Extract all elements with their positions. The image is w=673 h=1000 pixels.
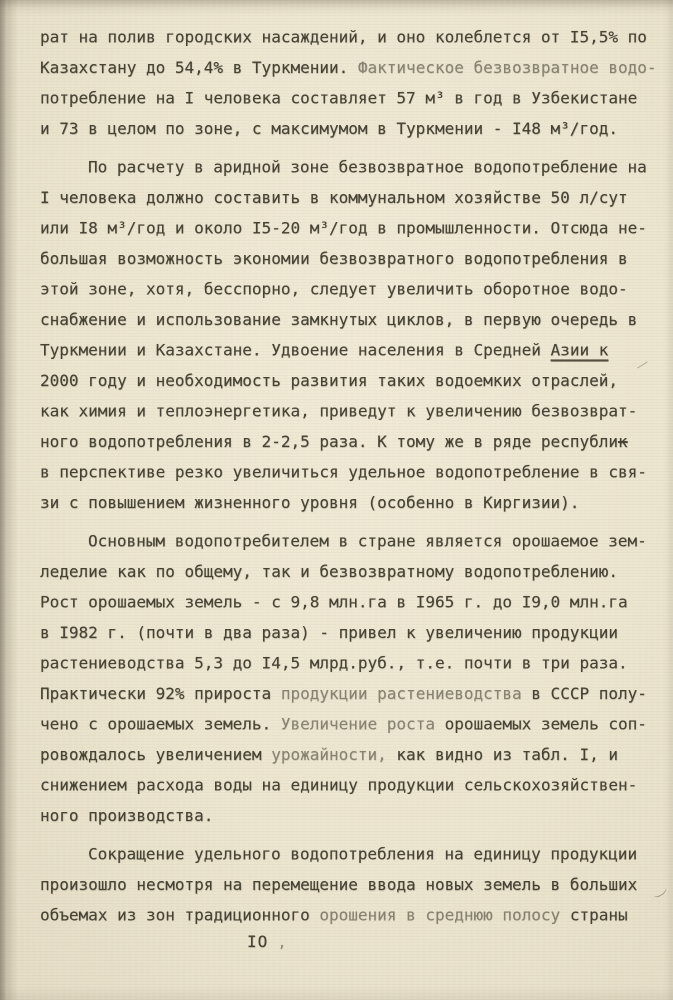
text-line: Казахстану до 54,4% в Туркмении. Фактиче… <box>40 53 644 84</box>
text-line: или I8 м³/год и около I5-20 м³/год в про… <box>40 213 644 244</box>
text-segment: Основным водопотребителем в стране являе… <box>88 531 647 550</box>
text-segment: чено с орошаемых земель. <box>40 714 281 733</box>
page-number-mark: , <box>268 935 287 951</box>
text-segment: леделие как по общему, так и безвозвратн… <box>40 562 618 581</box>
text-segment: 2000 году и необходимость развития таких… <box>40 371 618 390</box>
text-line: снижением расхода воды на единицу продук… <box>40 770 644 801</box>
text-segment: в перспективе резко увеличиться удельное… <box>40 462 647 481</box>
text-segment: зи с повышением жизненного уровня (особе… <box>40 493 579 512</box>
text-segment: Рост орошаемых земель - с 9,8 млн.га в I… <box>40 592 628 611</box>
text-segment: Азии к <box>551 340 609 359</box>
document-page: рат на полив городских насаждений, и оно… <box>0 0 673 1000</box>
document-body: рат на полив городских насаждений, и оно… <box>40 22 644 931</box>
text-line: Основным водопотребителем в стране являе… <box>40 526 644 557</box>
text-segment: снабжение и использование замкнутых цикл… <box>40 310 637 329</box>
text-segment: произошло несмотря на перемещение ввода … <box>40 875 637 894</box>
text-segment: растениеводства 5,3 до I4,5 млрд.руб., т… <box>40 653 628 672</box>
text-segment: Сокращение удельного водопотребления на … <box>88 844 637 863</box>
paragraph: рат на полив городских насаждений, и оно… <box>40 22 644 144</box>
text-line: объемах из зон традиционного орошения в … <box>40 900 644 931</box>
text-line: Практически 92% прироста продукции расте… <box>40 679 644 710</box>
text-segment: большая возможность экономии безвозвратн… <box>40 249 628 268</box>
text-line: в перспективе резко увеличиться удельное… <box>40 457 644 488</box>
text-line: растениеводства 5,3 до I4,5 млрд.руб., т… <box>40 648 644 679</box>
text-segment: I человека должно составить в коммунальн… <box>40 188 628 207</box>
text-segment: ровождалось увеличением <box>40 745 271 764</box>
text-line: в I982 г. (почти в два раза) - привел к … <box>40 618 644 649</box>
text-segment: урожайности, <box>271 745 387 764</box>
text-segment: этой зоне, хотя, бесспорно, следует увел… <box>40 279 628 298</box>
text-line: рат на полив городских насаждений, и оно… <box>40 22 644 53</box>
page-number: IO <box>247 932 268 951</box>
text-line: леделие как по общему, так и безвозвратн… <box>40 557 644 588</box>
text-line: 2000 году и необходимость развития таких… <box>40 366 644 397</box>
text-segment: Увеличение роста <box>281 714 435 733</box>
text-line: чено с орошаемых земель. Увеличение рост… <box>40 709 644 740</box>
text-line: Сокращение удельного водопотребления на … <box>40 839 644 870</box>
text-line: По расчету в аридной зоне безвозвратное … <box>40 152 644 183</box>
text-line: и 73 в целом по зоне, с максимумом в Тур… <box>40 114 644 145</box>
text-segment: как видно из табл. I, и <box>387 745 618 764</box>
text-segment: продукции растениеводства <box>281 684 522 703</box>
text-line: Туркмении и Казахстане. Удвоение населен… <box>40 335 644 366</box>
paragraph: Основным водопотребителем в стране являе… <box>40 526 644 831</box>
text-line: снабжение и использование замкнутых цикл… <box>40 305 644 336</box>
text-segment: объемах из зон традиционного <box>40 905 319 924</box>
text-segment: в I982 г. (почти в два раза) - привел к … <box>40 623 618 642</box>
text-line: ровождалось увеличением урожайности, как… <box>40 740 644 771</box>
paragraph: Сокращение удельного водопотребления на … <box>40 839 644 931</box>
text-segment: рат на полив городских насаждений, и оно… <box>40 27 647 46</box>
text-segment: ного производства. <box>40 806 213 825</box>
page-number-row: IO , <box>247 932 287 951</box>
text-line: как химия и теплоэнергетика, приведут к … <box>40 396 644 427</box>
text-line: этой зоне, хотя, бесспорно, следует увел… <box>40 274 644 305</box>
text-segment: снижением расхода воды на единицу продук… <box>40 775 637 794</box>
text-line: ного производства. <box>40 801 644 832</box>
text-segment: орошаемых земель соп- <box>435 714 647 733</box>
text-line: большая возможность экономии безвозвратн… <box>40 244 644 275</box>
text-segment: Казахстану до 54,4% в Туркмении. <box>40 58 358 77</box>
text-segment: Туркмении и Казахстане. Удвоение населен… <box>40 340 551 359</box>
text-segment: Фактическое безвозвратное водо- <box>358 58 657 77</box>
text-segment: в СССР полу- <box>522 684 647 703</box>
paragraph: По расчету в аридной зоне безвозвратное … <box>40 152 644 518</box>
text-segment: Практически 92% прироста <box>40 684 281 703</box>
text-segment: страны <box>560 905 627 924</box>
text-segment: как химия и теплоэнергетика, приведут к … <box>40 401 637 420</box>
pen-mark <box>651 883 669 899</box>
text-segment: ного водопотребления в 2-2,5 раза. К том… <box>40 432 618 451</box>
text-line: I человека должно составить в коммунальн… <box>40 183 644 214</box>
text-line: произошло несмотря на перемещение ввода … <box>40 870 644 901</box>
text-line: зи с повышением жизненного уровня (особе… <box>40 488 644 519</box>
text-line: потребление на I человека составляет 57 … <box>40 83 644 114</box>
text-segment: или I8 м³/год и около I5-20 м³/год в про… <box>40 218 647 237</box>
text-line: Рост орошаемых земель - с 9,8 млн.га в I… <box>40 587 644 618</box>
text-segment: потребление на I человека составляет 57 … <box>40 88 637 107</box>
text-segment: к <box>618 432 628 451</box>
text-segment: и 73 в целом по зоне, с максимумом в Тур… <box>40 119 618 138</box>
text-segment: орошения в среднюю полосу <box>319 905 560 924</box>
text-line: ного водопотребления в 2-2,5 раза. К том… <box>40 427 644 458</box>
text-segment: По расчету в аридной зоне безвозвратное … <box>88 157 647 176</box>
